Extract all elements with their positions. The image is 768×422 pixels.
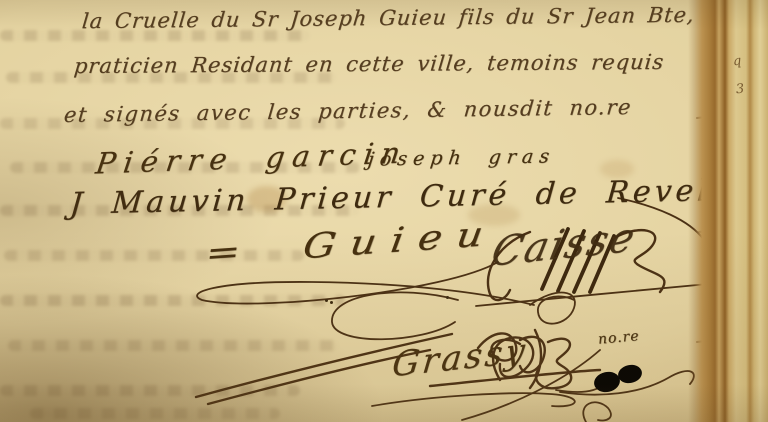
signature-guieu: = Guieu bbox=[203, 213, 500, 274]
bleedthrough-line bbox=[8, 340, 338, 351]
ink-speck bbox=[446, 296, 449, 299]
ink-speck bbox=[325, 299, 328, 302]
bleedthrough-line bbox=[30, 408, 280, 419]
signature-mauvin-prieur: J Mauvin Prieur Curé de Revel bbox=[69, 173, 713, 221]
gutter-text-fragment: 3 bbox=[735, 82, 745, 98]
manuscript-line-3: et signés avec les parties, & nousdit no… bbox=[63, 95, 633, 127]
bleedthrough-line bbox=[0, 385, 300, 396]
signature-gras: joseph gras bbox=[367, 145, 557, 170]
signature-garcin: Piérre garcin bbox=[94, 135, 411, 180]
bleedthrough-line bbox=[0, 295, 345, 306]
manuscript-photo: la Cruelle du Sr Joseph Guieu fils du Sr… bbox=[0, 0, 768, 422]
signature-grassy: Grassy bbox=[390, 331, 529, 386]
manuscript-line-1: la Cruelle du Sr Joseph Guieu fils du Sr… bbox=[81, 3, 696, 33]
ink-speck bbox=[330, 301, 333, 304]
manuscript-line-2: praticien Residant en cette ville, temoi… bbox=[73, 50, 666, 78]
notary-abbreviation: no.re bbox=[597, 328, 640, 348]
signature-caisse: Caisse bbox=[487, 214, 640, 276]
book-gutter bbox=[688, 0, 768, 422]
gutter-text-fragment: q bbox=[732, 54, 742, 70]
